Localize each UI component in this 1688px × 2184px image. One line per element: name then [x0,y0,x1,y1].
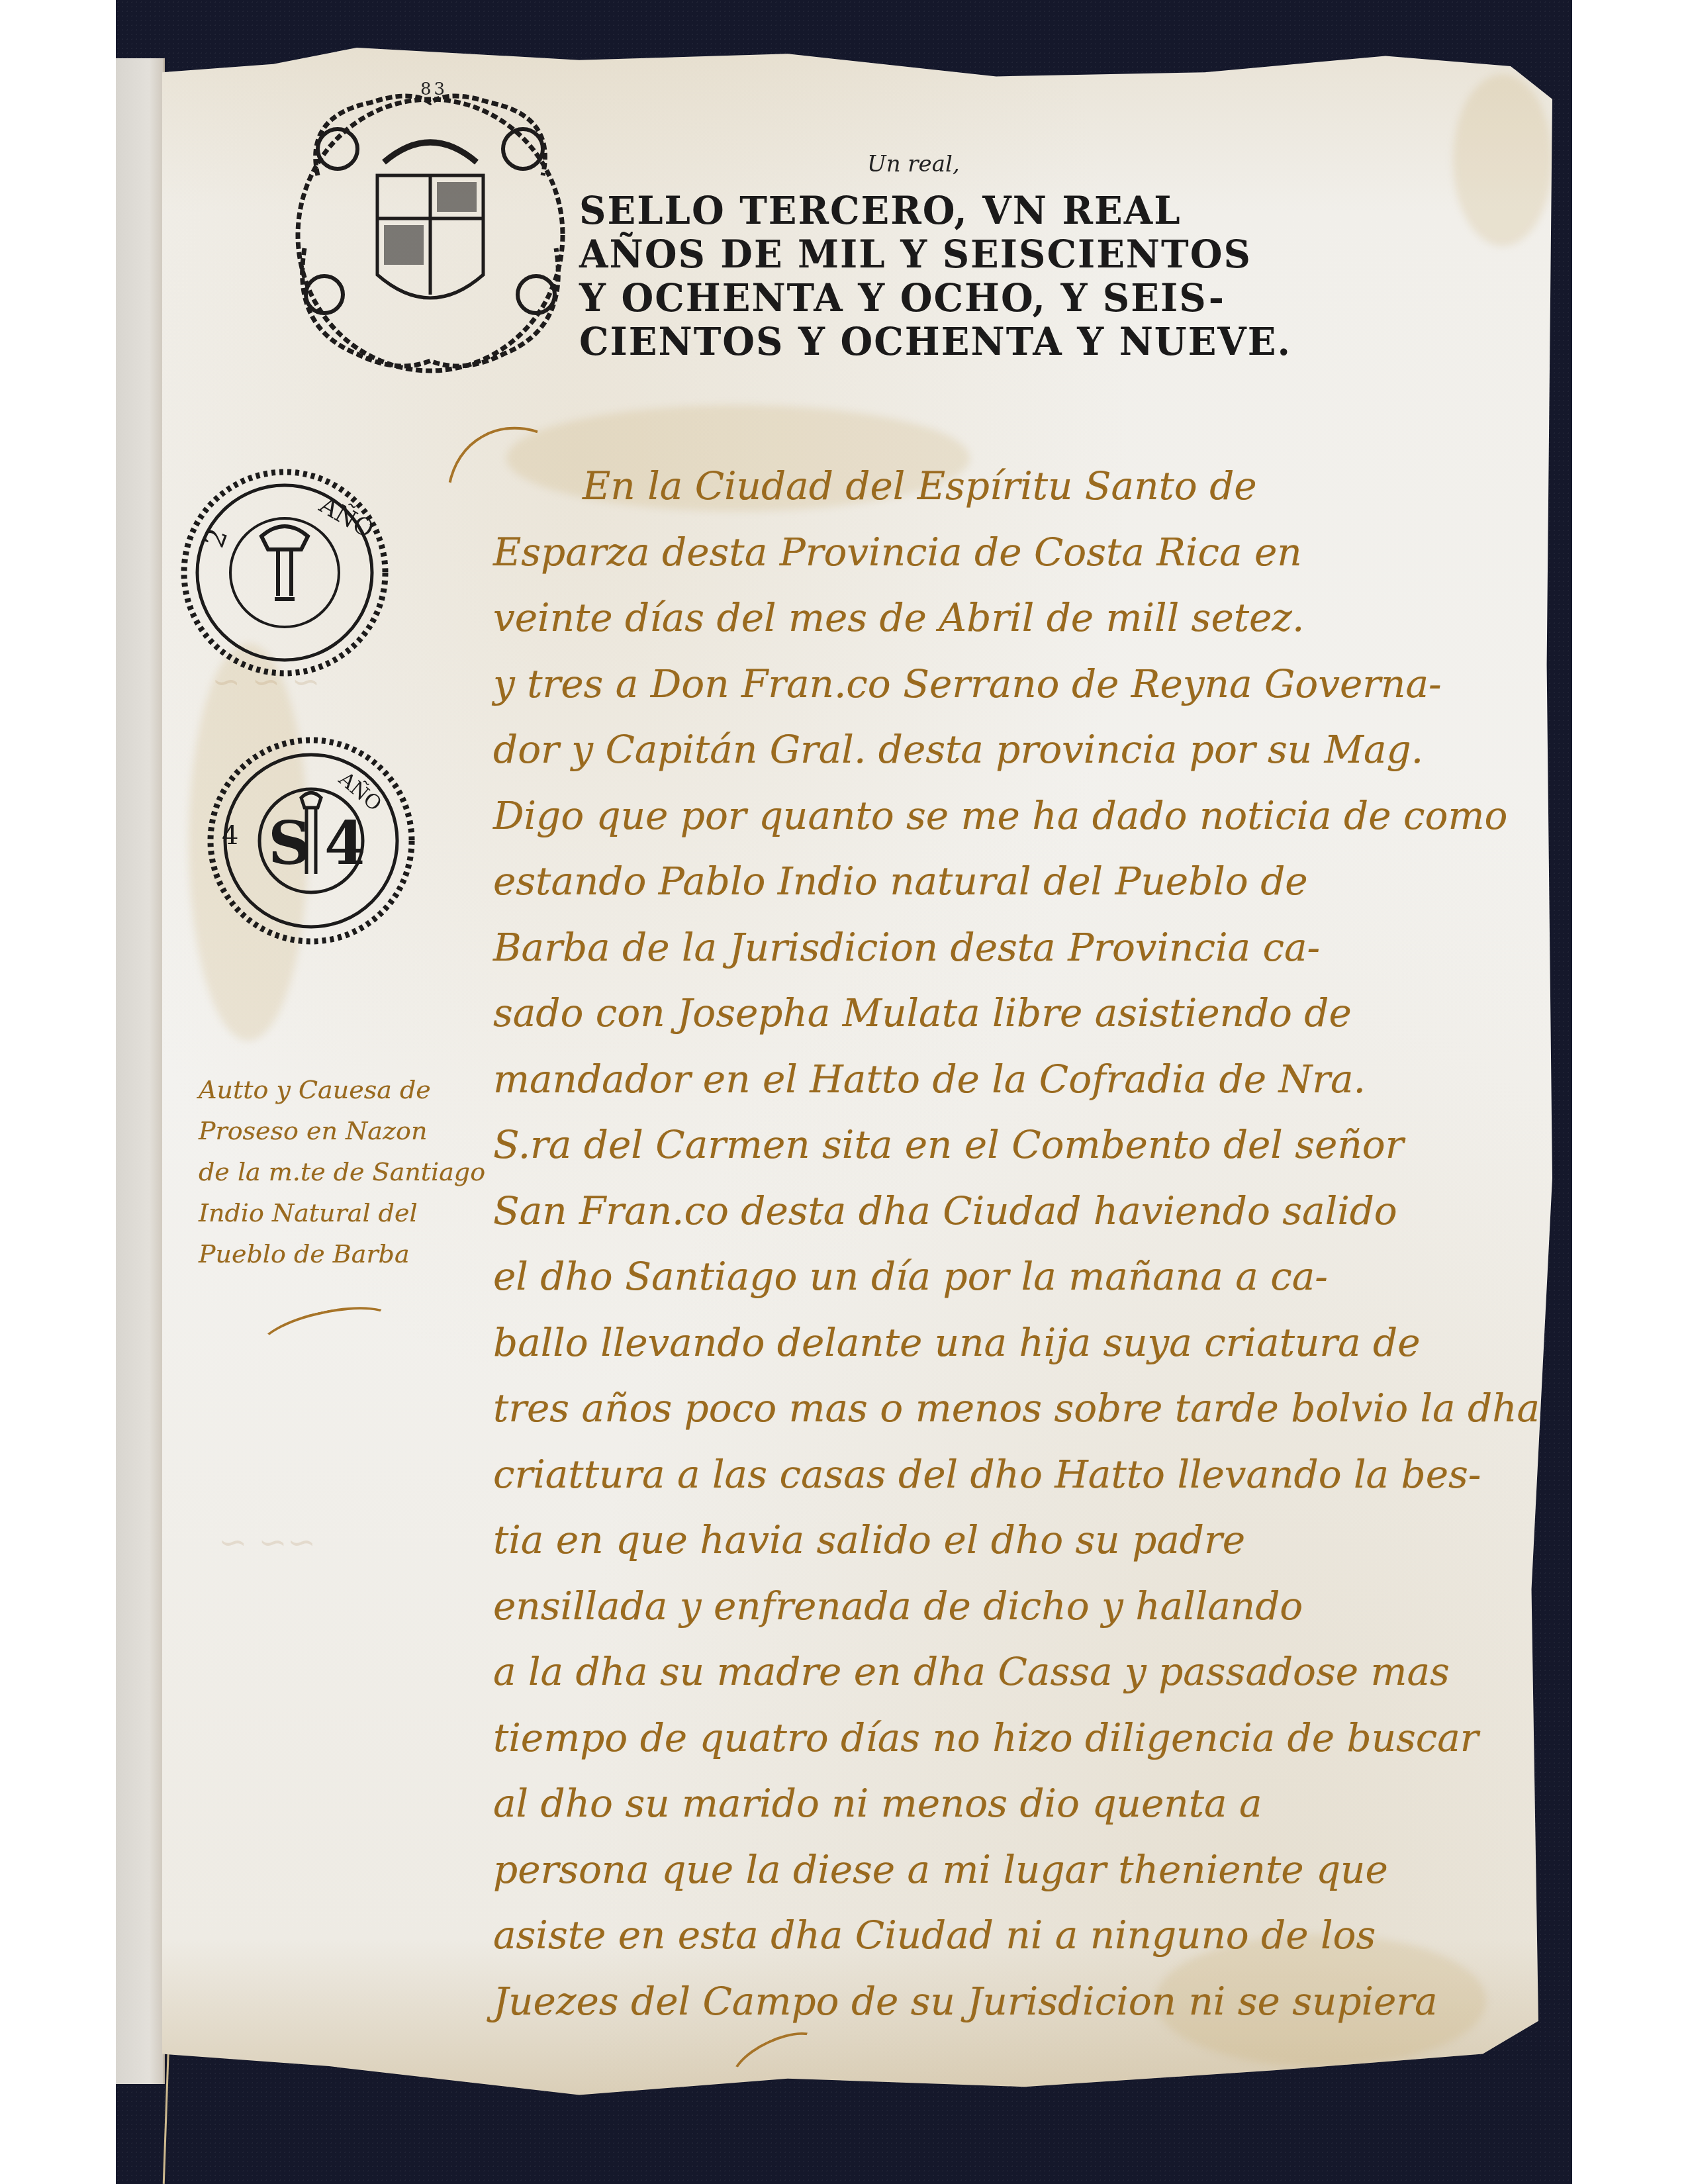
margin-note-line: Autto y Cauesa de [199,1069,483,1110]
svg-text:2: 2 [197,524,234,552]
manuscript-line: ballo llevando delante una hija suya cri… [493,1320,1421,1365]
round-seal-lower: S 4 AÑO 4 [202,732,420,950]
stamp-line: SELLO TERCERO, VN REAL [579,187,1291,233]
bleed-through: ~~ ~ [218,1523,316,1562]
stamp-denomination: Un real, [867,151,960,177]
manuscript-line: Barba de la Jurisdicion desta Provincia … [493,925,1320,970]
svg-text:4: 4 [222,820,238,851]
margin-note-line: Pueblo de Barba [199,1233,483,1274]
manuscript-line: sado con Josepha Mulata libre asistiendo… [493,990,1352,1035]
stamp-line: Y OCHENTA Y OCHO, Y SEIS- [579,275,1291,320]
round-seal-upper: 2 AÑO [175,463,394,682]
svg-text:S: S [268,808,311,878]
manuscript-line: dor y Capitán Gral. desta provincia por … [493,727,1423,772]
stamp-line: AÑOS DE MIL Y SEISCIENTOS [579,231,1291,277]
manuscript-line: a la dha su madre en dha Cassa y passado… [493,1649,1450,1694]
margin-note-line: Indio Natural del [199,1192,483,1233]
manuscript-line: persona que la diese a mi lugar thenient… [493,1847,1388,1892]
margin-note: Autto y Cauesa de Proseso en Nazon de la… [199,1069,483,1274]
stain [1453,74,1552,246]
manuscript-line: S.ra del Carmen sita en el Combento del … [493,1122,1403,1167]
folio-number: 83 [420,79,447,99]
manuscript-line: asiste en esta dha Ciudad ni a ninguno d… [493,1913,1376,1958]
manuscript-line: ensillada y enfrenada de dicho y halland… [493,1584,1303,1629]
manuscript-line: estando Pablo Indio natural del Pueblo d… [493,859,1308,904]
coat-of-arms-icon [278,76,583,387]
manuscript-line: Digo que por quanto se me ha dado notici… [493,793,1507,838]
manuscript-line: mandador en el Hatto de la Cofradia de N… [493,1057,1366,1102]
stamp-header: SELLO TERCERO, VN REAL AÑOS DE MIL Y SEI… [579,189,1291,363]
manuscript-line: Esparza desta Provincia de Costa Rica en [493,530,1302,575]
manuscript-line: y tres a Don Fran.co Serrano de Reyna Go… [493,661,1442,706]
manuscript-line: tiempo de quatro días no hizo diligencia… [493,1715,1479,1760]
svg-text:4: 4 [324,808,366,878]
manuscript-line: tres años poco mas o menos sobre tarde b… [493,1386,1540,1431]
margin-note-line: Proseso en Nazon [199,1110,483,1151]
manuscript-line: veinte días del mes de Abril de mill set… [493,595,1304,640]
adjacent-page-edge [116,58,165,2084]
manuscript-line: al dho su marido ni menos dio quenta a [493,1781,1262,1826]
stamp-line: CIENTOS Y OCHENTA Y NUEVE. [579,318,1291,364]
manuscript-line: Juezes del Campo de su Jurisdicion ni se… [493,1979,1438,2024]
manuscript-line: el dho Santiago un día por la mañana a c… [493,1254,1328,1299]
manuscript-line: tia en que havia salido el dho su padre [493,1517,1245,1562]
manuscript-line: En la Ciudad del Espíritu Santo de [583,463,1257,508]
manuscript-line: criattura a las casas del dho Hatto llev… [493,1452,1481,1497]
margin-note-line: de la m.te de Santiago [199,1151,483,1192]
manuscript-line: San Fran.co desta dha Ciudad haviendo sa… [493,1188,1397,1233]
